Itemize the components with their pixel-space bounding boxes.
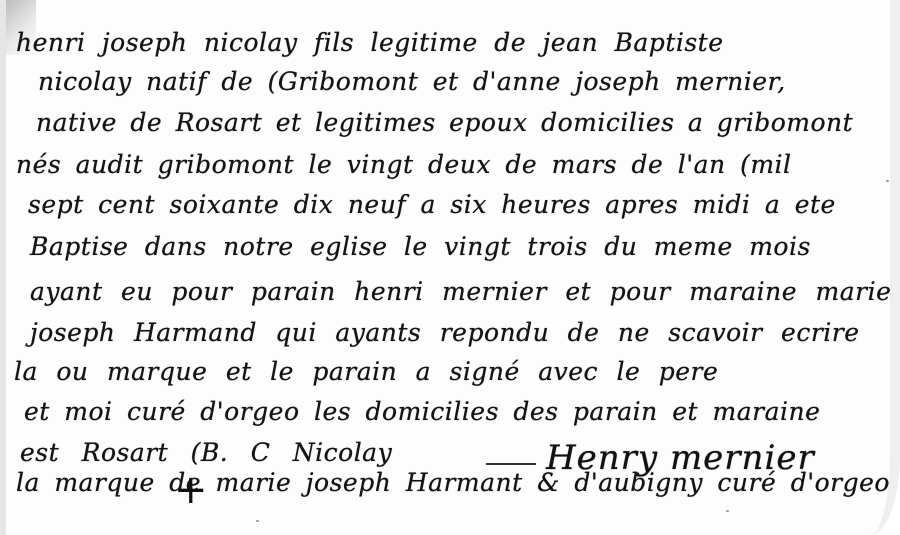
text-line-11: est Rosart (B. C Nicolay xyxy=(20,438,392,467)
text-line-8: joseph Harmand qui ayants repondu de ne … xyxy=(30,318,860,347)
text-line-1: henri joseph nicolay fils legitime de je… xyxy=(16,28,724,57)
signature-dash xyxy=(486,463,536,465)
scan-speck xyxy=(886,180,889,182)
text-line-4: nés audit gribomont le vingt deux de mar… xyxy=(16,150,792,179)
scan-speck xyxy=(726,510,729,512)
scan-speck xyxy=(256,520,259,522)
cross-mark-icon: + xyxy=(174,470,208,510)
text-line-9: la ou marque et le parain a signé avec l… xyxy=(14,357,718,386)
text-line-6: Baptise dans notre eglise le vingt trois… xyxy=(30,232,811,261)
text-line-7: ayant eu pour parain henri mernier et po… xyxy=(30,277,891,306)
text-line-5: sept cent soixante dix neuf a six heures… xyxy=(28,190,836,219)
text-line-10: et moi curé d'orgeo les domicilies des p… xyxy=(24,397,820,426)
scanned-register-page: henri joseph nicolay fils legitime de je… xyxy=(0,0,900,535)
signature-henry-mernier: Henry mernier xyxy=(546,438,815,478)
text-line-3: native de Rosart et legitimes epoux domi… xyxy=(36,108,853,137)
text-line-2: nicolay natif de (Gribomont et d'anne jo… xyxy=(38,67,786,96)
